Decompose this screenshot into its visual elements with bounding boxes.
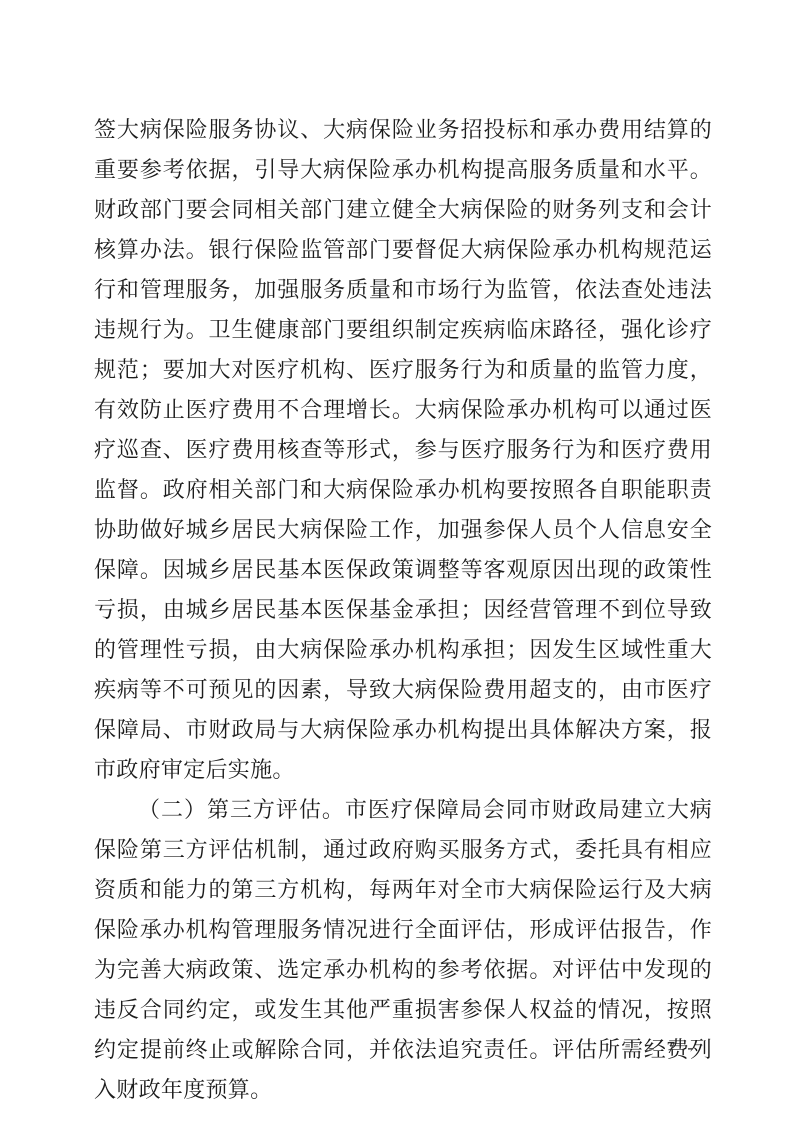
paragraph-continuation: 签大病保险服务协议、大病保险业务招投标和承办费用结算的重要参考依据，引导大病保险… <box>94 110 712 790</box>
body-text: 签大病保险服务协议、大病保险业务招投标和承办费用结算的重要参考依据，引导大病保险… <box>94 110 712 1110</box>
paragraph-lead: （二）第三方评估。 <box>138 797 345 822</box>
paragraph-body: 市医疗保障局会同市财政局建立大病保险第三方评估机制，通过政府购买服务方式，委托具… <box>94 797 712 1102</box>
paragraph-section-2: （二）第三方评估。市医疗保障局会同市财政局建立大病保险第三方评估机制，通过政府购… <box>94 790 712 1110</box>
page-number: - 7 - <box>649 1036 697 1060</box>
document-page: 签大病保险服务协议、大病保险业务招投标和承办费用结算的重要参考依据，引导大病保险… <box>0 0 793 1122</box>
